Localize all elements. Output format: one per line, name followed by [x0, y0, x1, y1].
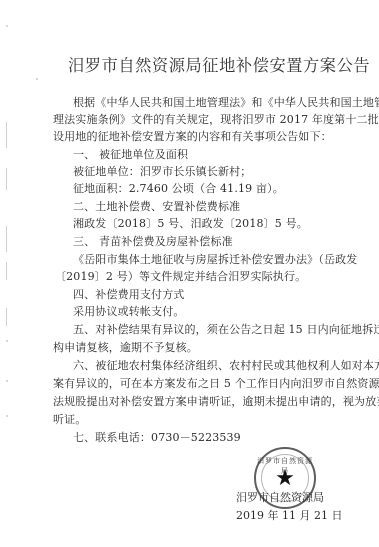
scan-margin-mark — [6, 262, 7, 280]
section-heading: 一、 被征地单位及面积 — [73, 146, 188, 162]
document-page: 汨罗市自然资源局征地补偿安置方案公告 根据《中华人民共和国土地管理法》和《中华人… — [0, 0, 379, 547]
paragraph-line: 〔2019〕2 号）等文件规定并结合汨罗实际执行。 — [55, 268, 306, 284]
section-heading: 三、 青苗补偿费及房屋补偿标准 — [73, 233, 233, 249]
paragraph-line: 设用地的征地补偿安置方案的内容和有关事项公告如下： — [53, 128, 332, 144]
scan-margin-mark — [6, 226, 7, 252]
paragraph-line: 采用协议或转帐支付。 — [73, 303, 185, 319]
paragraph-line: 湘政发〔2018〕5 号、汨政发〔2018〕5 号。 — [73, 215, 308, 231]
scan-speck — [36, 78, 38, 80]
paragraph-line: 理法实施条例》文件的有关规定，现将汨罗市 2017 年度第十二批次建 — [53, 111, 379, 127]
paragraph-line: 六、被征地农村集体经济组织、农村村民或其他权利人如对本方 — [73, 357, 379, 373]
document-title: 汨罗市自然资源局征地补偿安置方案公告 — [68, 52, 370, 76]
paragraph-line: 法规股提出对补偿安置方案申请听证，逾期未提出申请的，视为放弃 — [53, 393, 379, 409]
paragraph-line: 征地面积：2.7460 公顷（合 41.19 亩）。 — [73, 180, 284, 196]
paragraph-line: 《岳阳市集体土地征收与房屋拆迁补偿安置办法》（岳政发 — [73, 251, 357, 267]
scan-speck — [6, 340, 8, 342]
paragraph-line: 构申请复核，逾期不予复核。 — [53, 339, 198, 355]
scan-margin-mark — [6, 168, 7, 190]
paragraph-line: 案有异议的，可在本方案发布之日 5 个工作日内向汨罗市自然资源局 — [53, 375, 379, 391]
paragraph-line: 根据《中华人民共和国土地管理法》和《中华人民共和国土地管 — [73, 94, 379, 110]
contact-phone: 七、联系电话：0730－5223539 — [73, 429, 241, 445]
signature-date: 2019 年 11 月 21 日 — [236, 507, 342, 523]
section-heading: 四、补偿费用支付方式 — [73, 286, 185, 302]
scan-speck — [6, 415, 8, 417]
scan-speck — [6, 25, 8, 27]
paragraph-line: 五、对补偿结果有异议的，须在公告之日起 15 日内向征地拆迁机 — [73, 321, 379, 337]
signature-org: 汨罗市自然资源局 — [236, 489, 324, 505]
section-heading: 二、土地补偿费、安置补偿费标准 — [73, 198, 240, 214]
scan-speck — [6, 380, 8, 382]
scan-margin-mark — [6, 308, 7, 326]
paragraph-line: 听证。 — [53, 411, 86, 427]
star-icon: ★ — [275, 468, 295, 490]
paragraph-line: 被征地单位：汨罗市长乐镇长新村； — [73, 163, 251, 179]
scan-margin-mark — [6, 122, 7, 148]
